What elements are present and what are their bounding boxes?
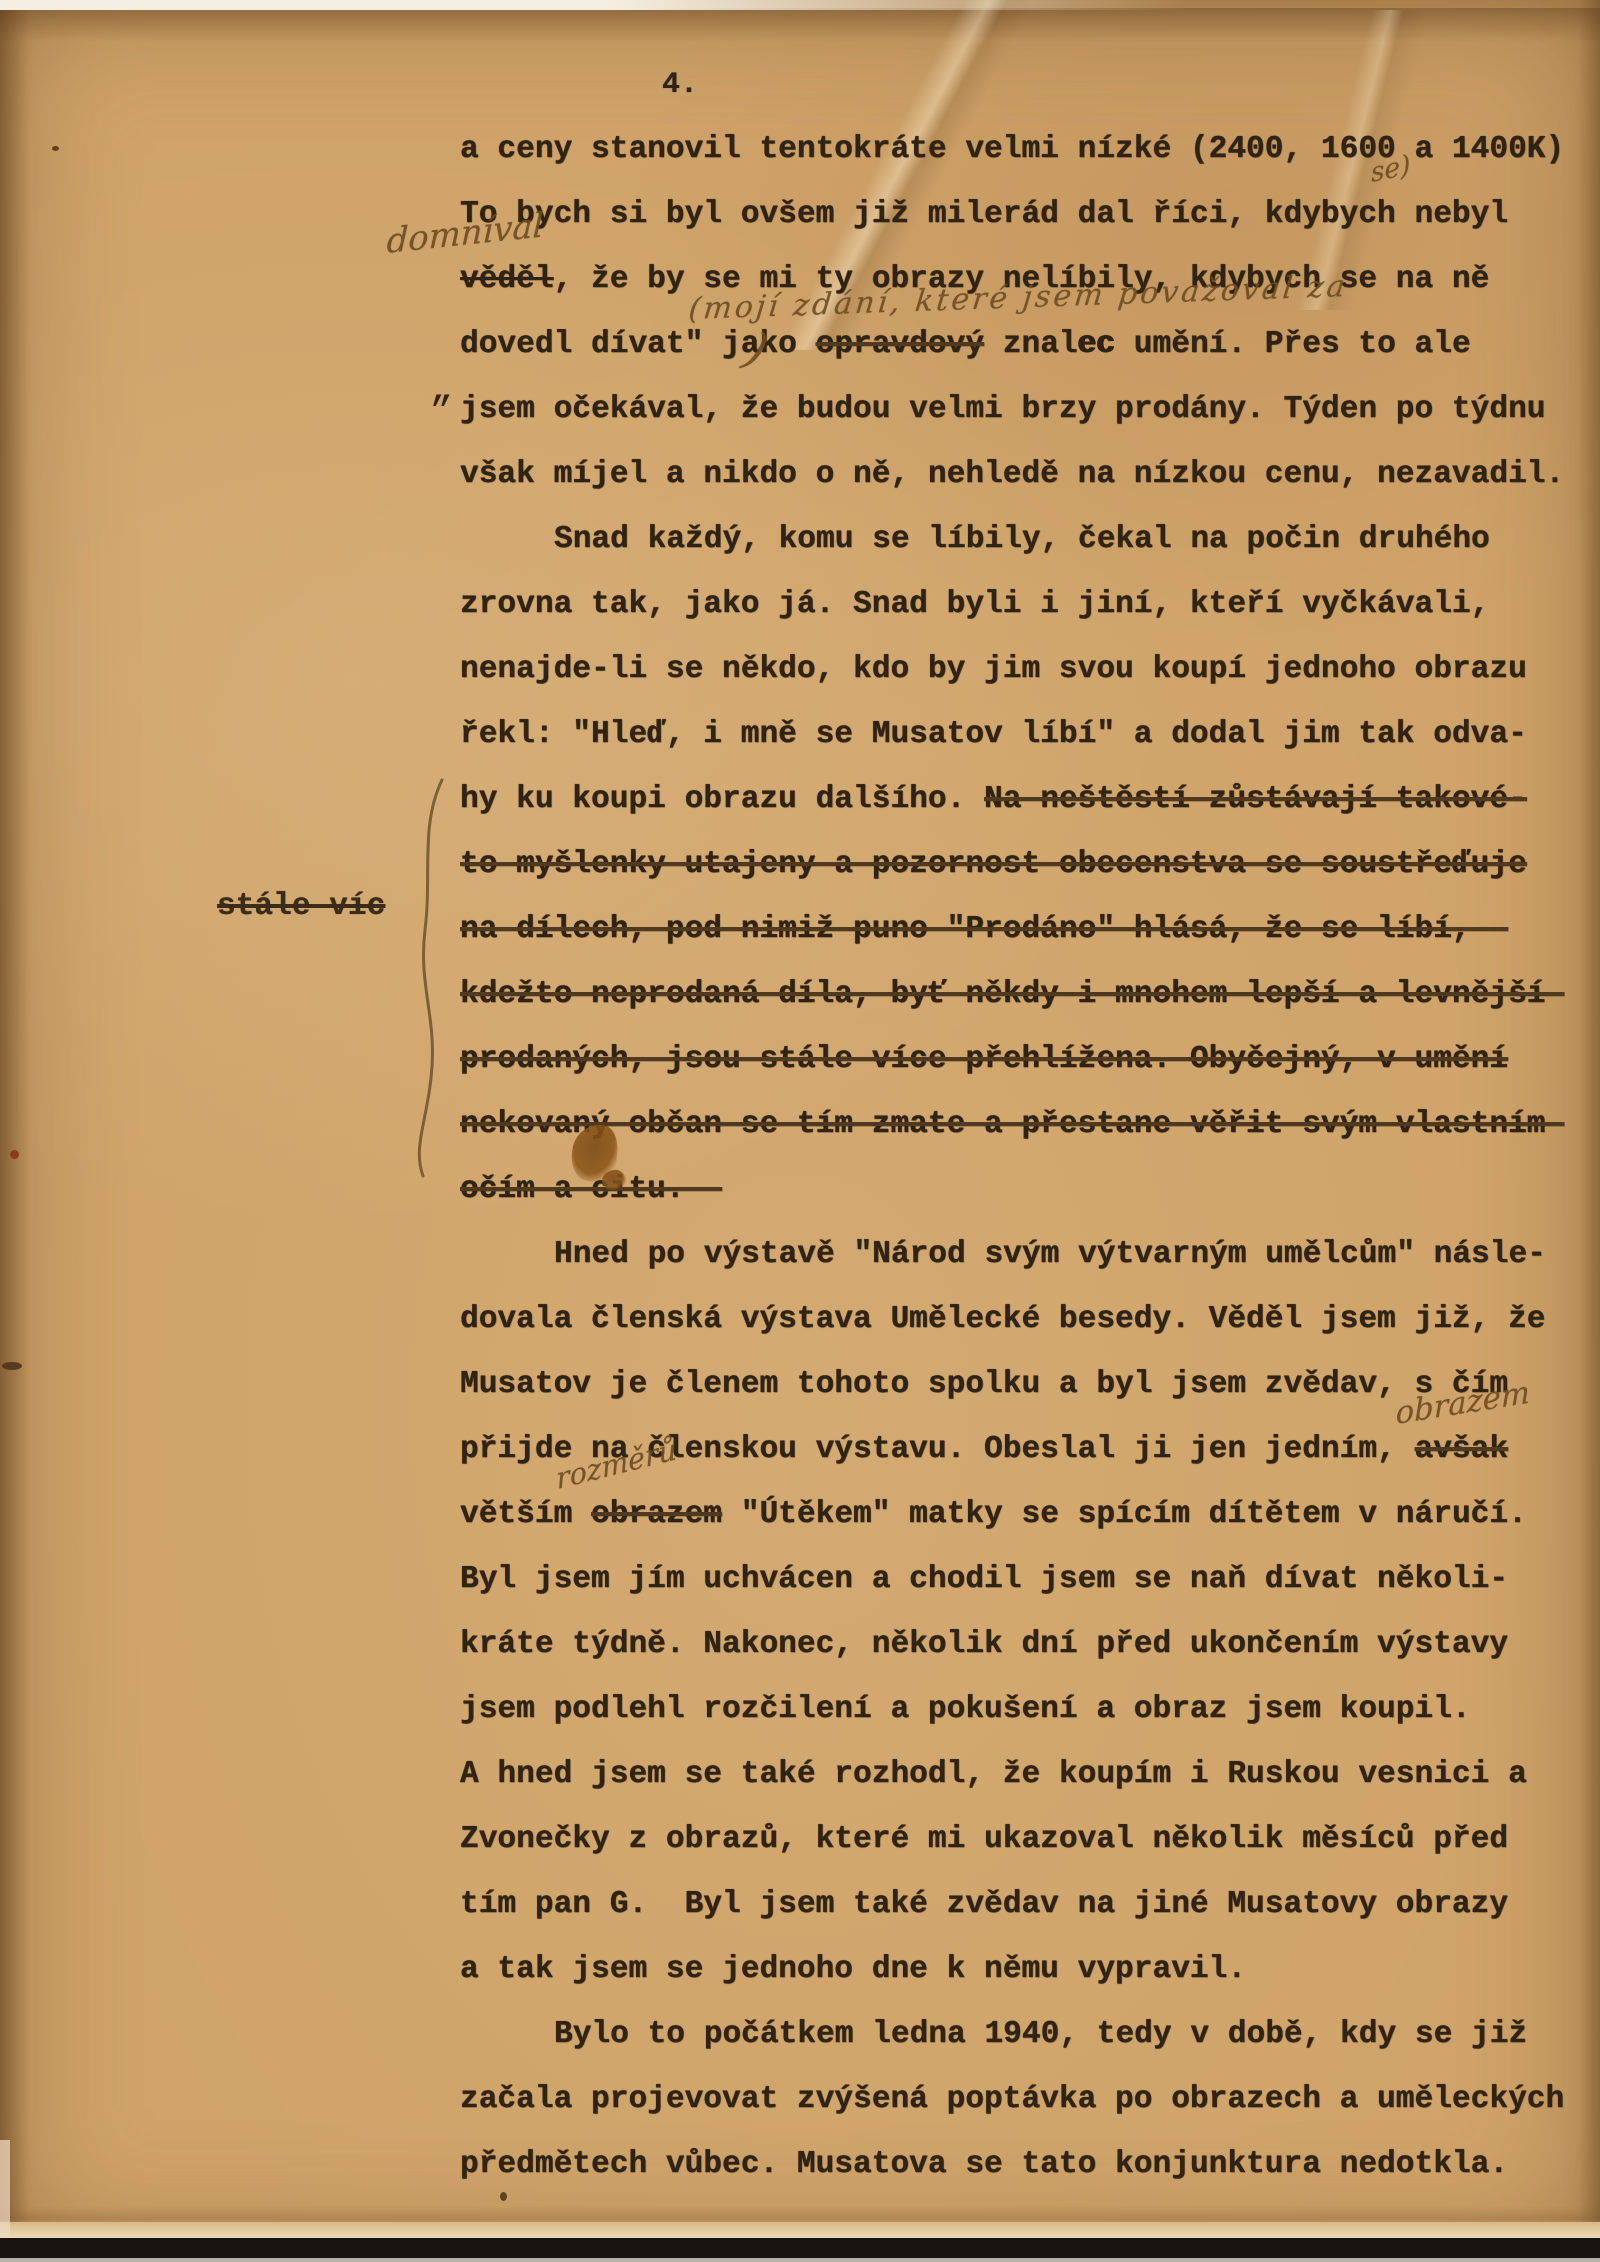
typed-segment: nenajde-li se někdo, kdo by jim svou kou… [460,652,1527,687]
typed-line: a tak jsem se jednoho dne k němu vypravi… [460,1937,1564,2002]
typed-line: To bych si byl ovšem již milerád dal říc… [460,182,1564,247]
typed-line: kdežto neprodaná díla, byť někdy i mnohe… [460,962,1564,1027]
typed-segment: na dílech, pod nimiž puno "Prodáno" hlás… [460,912,1508,947]
scanned-manuscript-page: 4. a ceny stanovil tentokráte velmi nízk… [0,0,1600,2262]
typed-segment: zrovna tak, jako já. Snad byli i jiní, k… [460,587,1489,622]
scan-bottom-left-edge [0,2140,10,2236]
typed-line: zrovna tak, jako já. Snad byli i jiní, k… [460,572,1564,637]
scan-top-edge-sliver [0,0,1600,10]
typed-segment: prodaných, jsou stále více přehlížena. O… [460,1042,1508,1077]
scan-bottom-gray-strip [0,2258,1600,2262]
typed-line: A hned jsem se také rozhodl, že koupím i… [460,1742,1564,1807]
typed-line: dovedl dívat" jako opravdový znalec uměn… [460,312,1564,377]
typed-line: předmětech vůbec. Musatova se tato konju… [460,2132,1564,2197]
typed-line: větším obrazem "Útěkem" matky se spícím … [460,1482,1564,1547]
typed-line: však míjel a nikdo o ně, nehledě na nízk… [460,442,1564,507]
typed-line: jsem očekával, že budou velmi brzy prodá… [460,377,1564,442]
typed-line: Zvonečky z obrazů, které mi ukazoval něk… [460,1807,1564,1872]
typed-line: řekl: "Hleď, i mně se Musatov líbí" a do… [460,702,1564,767]
typed-line: očím a citu. [460,1157,1564,1222]
typed-segment: tím pan G. Byl jsem také zvědav na jiné … [460,1887,1508,1922]
typed-segment: obrazem [591,1497,722,1532]
paper-speck [2,1362,22,1370]
typed-segment: řekl: "Hleď, i mně se Musatov líbí" a do… [460,717,1527,752]
typed-segment: kdežto neprodaná díla, byť někdy i mnohe… [460,977,1564,1012]
typed-line: kráte týdně. Nakonec, několik dní před u… [460,1612,1564,1677]
typed-segment: ec [1078,327,1115,362]
typed-segment: kráte týdně. Nakonec, několik dní před u… [460,1627,1508,1662]
typed-segment: opravdový [816,327,984,362]
typed-segment: Zvonečky z obrazů, které mi ukazoval něk… [460,1822,1508,1857]
margin-bracket-line [408,778,464,1178]
margin-note: stále víc [217,889,385,924]
typed-line: Bylo to počátkem ledna 1940, tedy v době… [460,2002,1564,2067]
typed-segment: avšak [1415,1432,1509,1467]
typed-line: hy ku koupi obrazu dalšího. Na neštěstí … [460,767,1564,832]
typed-line: Hned po výstavě "Národ svým výtvarným um… [460,1222,1564,1287]
typed-segment: Snad každý, komu se líbily, čekal na poč… [554,522,1490,557]
typed-body: a ceny stanovil tentokráte velmi nízké (… [460,117,1564,2197]
typed-line: Byl jsem jím uchvácen a chodil jsem se n… [460,1547,1564,1612]
typed-segment: nekovaný občan se tím zmate a přestane v… [460,1107,1564,1142]
typed-segment: umění. Přes to ale [1115,327,1471,362]
typed-segment: a tak jsem se jednoho dne k němu vypravi… [460,1952,1246,1987]
typed-line: prodaných, jsou stále více přehlížena. O… [460,1027,1564,1092]
typed-segment: Musatov je členem tohoto spolku a byl js… [460,1367,1508,1402]
paper-speck-red [10,1150,19,1159]
typed-segment: však míjel a nikdo o ně, nehledě na nízk… [460,457,1564,492]
typed-segment: Byl jsem jím uchvácen a chodil jsem se n… [460,1562,1508,1597]
typed-segment: "Útěkem" matky se spícím dítětem v náruč… [722,1497,1527,1532]
typed-line: jsem podlehl rozčilení a pokušení a obra… [460,1677,1564,1742]
typed-segment: věděl [460,262,554,297]
typed-line: na dílech, pod nimiž puno "Prodáno" hlás… [460,897,1564,962]
typed-segment: to myšlenky utajeny a pozornost obecenst… [460,847,1527,882]
typed-segment: začala projevovat zvýšená poptávka po ob… [460,2082,1564,2117]
typed-line: začala projevovat zvýšená poptávka po ob… [460,2067,1564,2132]
typed-line: nekovaný občan se tím zmate a přestane v… [460,1092,1564,1157]
typed-segment: To bych si byl ovšem již milerád dal říc… [460,197,1508,232]
page-number: 4. [662,68,698,102]
typed-segment: jsem podlehl rozčilení a pokušení a obra… [460,1692,1471,1727]
typed-segment: předmětech vůbec. Musatova se tato konju… [460,2147,1508,2182]
typed-line: Snad každý, komu se líbily, čekal na poč… [460,507,1564,572]
typed-segment: Bylo to počátkem ledna 1940, tedy v době… [554,2017,1527,2052]
typed-line: to myšlenky utajeny a pozornost obecenst… [460,832,1564,897]
typed-line: dovala členská výstava Umělecké besedy. … [460,1287,1564,1352]
scan-bottom-black-band [0,2238,1600,2258]
typed-segment: větším [460,1497,591,1532]
handwritten-annotation: „ [430,368,453,411]
typed-segment: A hned jsem se také rozhodl, že koupím i… [460,1757,1527,1792]
typed-segment: hy ku koupi obrazu dalšího. [460,782,984,817]
typed-line: tím pan G. Byl jsem také zvědav na jiné … [460,1872,1564,1937]
typed-segment: znal [984,327,1078,362]
paper-bottom-fold-edge [0,2222,1600,2238]
typed-segment: Na neštěstí zůstávají takové- [984,782,1527,817]
typed-segment: Hned po výstavě "Národ svým výtvarným um… [554,1237,1546,1272]
paper-speck [52,146,59,151]
typed-segment: jsem očekával, že budou velmi brzy prodá… [460,392,1546,427]
typed-line: nenajde-li se někdo, kdo by jim svou kou… [460,637,1564,702]
typed-segment: dovala členská výstava Umělecké besedy. … [460,1302,1546,1337]
